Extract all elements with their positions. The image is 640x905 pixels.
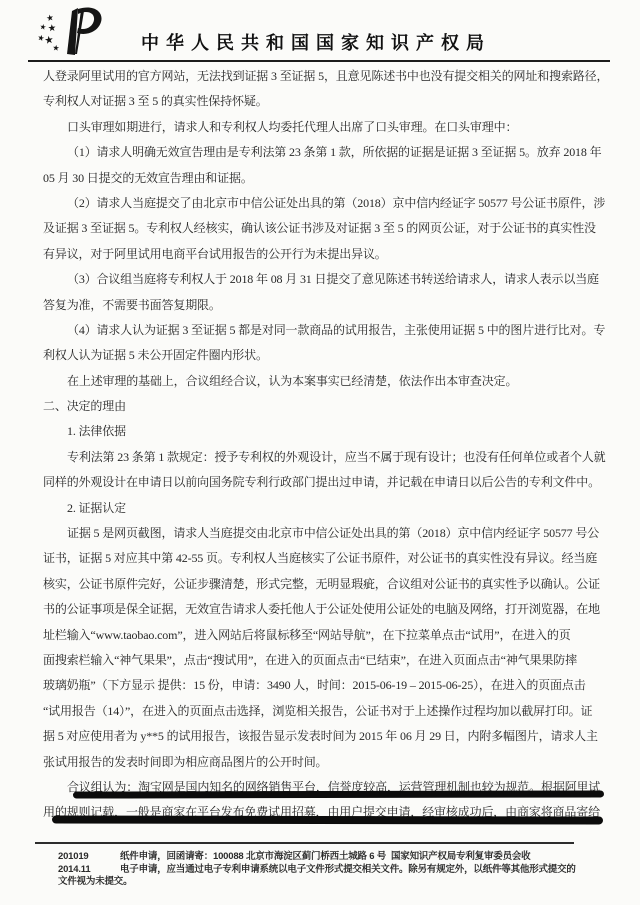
body-line: （4）请求人认为证据 3 至证据 5 都是对同一款商品的试用报告，主张使用证据 … [43,318,603,343]
footer-code-bottom: 2014.11 [58,864,120,877]
footer-code-top: 201019 [58,851,120,864]
body-line: （1）请求人明确无效宣告理由是专利法第 23 条第 1 款，所依据的证据是证据 … [43,140,603,165]
body-line: 利权人认为证据 5 未公开固定件圈内形状。 [43,343,603,368]
footer-row-paper: 201019 纸件申请，回函请寄：100088 北京市海淀区蓟门桥西土城路 6 … [58,851,603,864]
body-line: 专利法第 23 条第 1 款规定：授予专利权的外观设计，应当不属于现有设计；也没… [43,445,603,470]
body-line: 证书，证据 5 对应其中第 42-55 页。专利权人当庭核实了公证书原件，对公证… [43,546,603,571]
body-line: 有异议，对于阿里试用电商平台试用报告的公开行为未提出异议。 [43,242,603,267]
body-line: 二、决定的理由 [43,394,603,419]
body-line: 及证据 3 至证据 5。专利权人经核实，确认该公证书涉及对证据 3 至 5 的网… [43,216,603,241]
body-line: 专利权人对证据 3 至 5 的真实性保持怀疑。 [43,89,603,114]
marker-underline-2 [52,816,603,824]
page-footer: 201019 纸件申请，回函请寄：100088 北京市海淀区蓟门桥西土城路 6 … [58,851,603,889]
footer-paper-filing-text: 纸件申请，回函请寄：100088 北京市海淀区蓟门桥西土城路 6 号 国家知识产… [120,851,530,864]
footer-row-efiling: 2014.11 电子申请，应当通过电子专利申请系统以电子文件形式提交相关文件。除… [58,864,603,877]
body-line: 址栏输入“www.taobao.com”，进入网站后将鼠标移至“网站导航”，在下… [43,623,603,648]
body-line: 同样的外观设计在申请日以前向国务院专利行政部门提出过申请，并记载在申请日以后公告… [43,470,603,495]
body-line: （3）合议组当庭将专利权人于 2018 年 08 月 31 日提交了意见陈述书转… [43,267,603,292]
cnipa-logo [36,7,108,59]
document-body: 人登录阿里试用的官方网站，无法找到证据 3 至证据 5，且意见陈述书中也没有提交… [43,64,603,826]
document-page: 中 华 人 民 共 和 国 国 家 知 识 产 权 局 人登录阿里试用的官方网站… [0,0,640,905]
footer-efiling-continued: 文件视为未提交。 [58,876,132,889]
body-line: （2）请求人当庭提交了由北京市中信公证处出具的第（2018）京中信内经证字 50… [43,191,603,216]
body-line: 证据 5 是网页截图，请求人当庭提交由北京市中信公证处出具的第（2018）京中信… [43,521,603,546]
body-line: 玻璃奶瓶”（下方显示 提供：15 份，申请：3490 人，时间：2015-06-… [43,673,603,698]
body-line: 书的公证事项是保全证据，无效宣告请求人委托他人于公证处使用公证处的电脑及网络，打… [43,597,603,622]
body-line: 在上述审理的基础上，合议组经合议，认为本案事实已经清楚，依法作出本审查决定。 [43,369,603,394]
body-line: 答复为准，不需要书面答复期限。 [43,293,603,318]
agency-title: 中 华 人 民 共 和 国 国 家 知 识 产 权 局 [141,29,485,55]
footer-divider [35,842,574,844]
body-line: 面搜索栏输入“神气果果”，点击“搜试用”，在进入的页面点击“已结束”，在进入页面… [43,648,603,673]
body-line: 核实，公证书原件完好，公证步骤清楚，形式完整，无明显瑕疵，合议组对公证书的真实性… [43,572,603,597]
body-line: 据 5 对应使用者为 y**5 的试用报告，该报告显示发表时间为 2015 年 … [43,724,603,749]
marker-underline-1 [73,790,604,798]
body-line: 2. 证据认定 [43,496,603,521]
header-divider [28,60,610,62]
body-line: 05 月 30 日提交的无效宣告理由和证据。 [43,166,603,191]
body-line: “试用报告（14）”，在进入的页面点击选择，浏览相关报告，公证书对于上述操作过程… [43,699,603,724]
footer-row-continued: 文件视为未提交。 [58,876,603,889]
body-line: 1. 法律依据 [43,419,603,444]
body-line: 口头审理如期进行，请求人和专利权人均委托代理人出席了口头审理。在口头审理中： [43,115,603,140]
body-line: 张试用报告的发表时间即为相应商品图片的公开时间。 [43,750,603,775]
body-line: 人登录阿里试用的官方网站，无法找到证据 3 至证据 5，且意见陈述书中也没有提交… [43,64,603,89]
footer-efiling-text: 电子申请，应当通过电子专利申请系统以电子文件形式提交相关文件。除另有规定外，以纸… [120,864,576,877]
